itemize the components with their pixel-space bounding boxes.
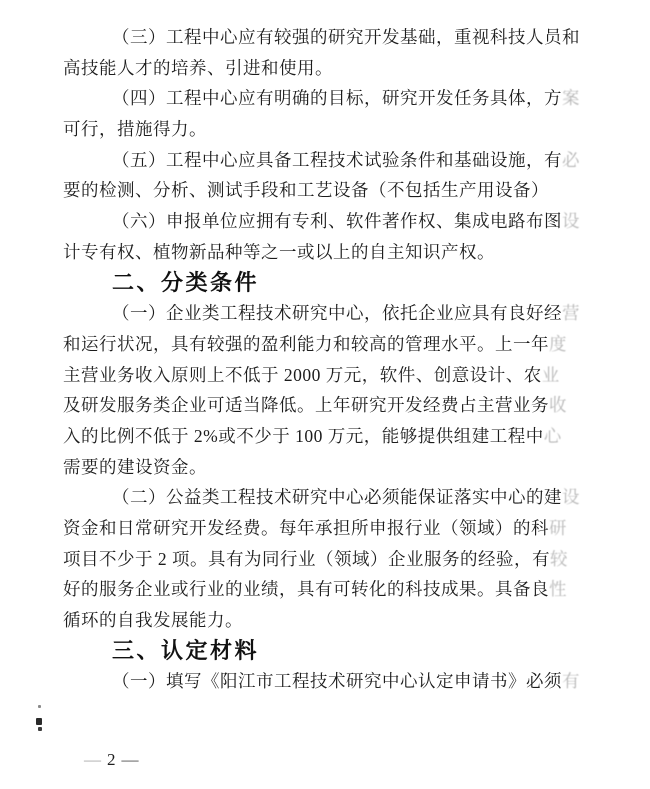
faded-line-tail: 研	[549, 518, 567, 538]
document-line: 主营业务收入原则上不低于 2000 万元，软件、创意设计、农业	[63, 360, 650, 391]
document-line: 要的检测、分析、测试手段和工艺设备（不包括生产用设备）	[63, 175, 650, 206]
line-text: （一）企业类工程技术研究中心，依托企业应具有良好经	[112, 303, 562, 323]
document-line: 计专有权、植物新品种等之一或以上的自主知识产权。	[63, 237, 650, 268]
line-text: 计专有权、植物新品种等之一或以上的自主知识产权。	[63, 242, 495, 262]
page-number: —2—	[84, 750, 139, 770]
line-text: 好的服务企业或行业的业绩，具有可转化的科技成果。具备良	[63, 579, 549, 599]
line-text: 项目不少于 2 项。具有为同行业（领域）企业服务的经验，有	[63, 549, 550, 569]
scan-speckle	[38, 727, 42, 731]
faded-line-tail: 必	[562, 150, 580, 170]
document-line: 好的服务企业或行业的业绩，具有可转化的科技成果。具备良性	[63, 574, 650, 605]
scanned-document-page: （三）工程中心应有较强的研究开发基础，重视科技人员和高技能人才的培养、引进和使用…	[0, 0, 650, 789]
line-text: （二）公益类工程技术研究中心必须能保证落实中心的建	[112, 487, 562, 507]
section-heading: 二、分类条件	[63, 268, 650, 299]
document-line: 项目不少于 2 项。具有为同行业（领域）企业服务的经验，有较	[63, 544, 650, 575]
line-text: 需要的建设资金。	[63, 457, 207, 477]
document-body: （三）工程中心应有较强的研究开发基础，重视科技人员和高技能人才的培养、引进和使用…	[63, 22, 650, 697]
page-number-dash-right: —	[116, 750, 139, 769]
line-text: 入的比例不低于 2%或不少于 100 万元，能够提供组建工程中	[63, 426, 544, 446]
line-text: 循环的自我发展能力。	[63, 610, 243, 630]
faded-line-tail: 性	[549, 579, 567, 599]
faded-line-tail: 营	[562, 303, 580, 323]
line-text: （六）申报单位应拥有专利、软件著作权、集成电路布图	[112, 211, 562, 231]
document-line: （一）填写《阳江市工程技术研究中心认定申请书》必须有	[63, 666, 650, 697]
faded-line-tail: 设	[562, 211, 580, 231]
line-text: 资金和日常研究开发经费。每年承担所申报行业（领域）的科	[63, 518, 549, 538]
document-line: （二）公益类工程技术研究中心必须能保证落实中心的建设	[63, 482, 650, 513]
line-text: 高技能人才的培养、引进和使用。	[63, 58, 333, 78]
document-line: 入的比例不低于 2%或不少于 100 万元，能够提供组建工程中心	[63, 421, 650, 452]
document-line: 资金和日常研究开发经费。每年承担所申报行业（领域）的科研	[63, 513, 650, 544]
line-text: （一）填写《阳江市工程技术研究中心认定申请书》必须	[112, 671, 562, 691]
document-line: （四）工程中心应有明确的目标，研究开发任务具体，方案	[63, 83, 650, 114]
faded-line-tail: 案	[562, 88, 580, 108]
page-number-dash-left: —	[84, 750, 107, 769]
line-text: 要的检测、分析、测试手段和工艺设备（不包括生产用设备）	[63, 180, 549, 200]
line-text: 可行，措施得力。	[63, 119, 207, 139]
section-heading: 三、认定材料	[63, 636, 650, 667]
document-line: 需要的建设资金。	[63, 452, 650, 483]
scan-speckle	[38, 705, 41, 708]
document-line: 和运行状况，具有较强的盈利能力和较高的管理水平。上一年度	[63, 329, 650, 360]
line-text: 及研发服务类企业可适当降低。上年研究开发经费占主营业务	[63, 395, 549, 415]
faded-line-tail: 度	[549, 334, 567, 354]
line-text: （五）工程中心应具备工程技术试验条件和基础设施，有	[112, 150, 562, 170]
line-text: （三）工程中心应有较强的研究开发基础，重视科技人员和	[112, 27, 580, 47]
document-line: （一）企业类工程技术研究中心，依托企业应具有良好经营	[63, 298, 650, 329]
faded-line-tail: 业	[542, 365, 560, 385]
faded-line-tail: 收	[549, 395, 567, 415]
document-line: （五）工程中心应具备工程技术试验条件和基础设施，有必	[63, 145, 650, 176]
line-text: （四）工程中心应有明确的目标，研究开发任务具体，方	[112, 88, 562, 108]
faded-line-tail: 心	[544, 426, 562, 446]
faded-line-tail: 设	[562, 487, 580, 507]
document-line: （三）工程中心应有较强的研究开发基础，重视科技人员和	[63, 22, 650, 53]
line-text: 主营业务收入原则上不低于 2000 万元，软件、创意设计、农	[63, 365, 542, 385]
document-line: 可行，措施得力。	[63, 114, 650, 145]
faded-line-tail: 较	[550, 549, 568, 569]
document-line: （六）申报单位应拥有专利、软件著作权、集成电路布图设	[63, 206, 650, 237]
line-text: 三、认定材料	[112, 638, 259, 663]
document-line: 高技能人才的培养、引进和使用。	[63, 53, 650, 84]
scan-speckle	[36, 718, 42, 725]
line-text: 二、分类条件	[112, 270, 259, 295]
document-line: 及研发服务类企业可适当降低。上年研究开发经费占主营业务收	[63, 390, 650, 421]
faded-line-tail: 有	[562, 671, 580, 691]
document-line: 循环的自我发展能力。	[63, 605, 650, 636]
page-number-value: 2	[107, 750, 116, 769]
line-text: 和运行状况，具有较强的盈利能力和较高的管理水平。上一年	[63, 334, 549, 354]
